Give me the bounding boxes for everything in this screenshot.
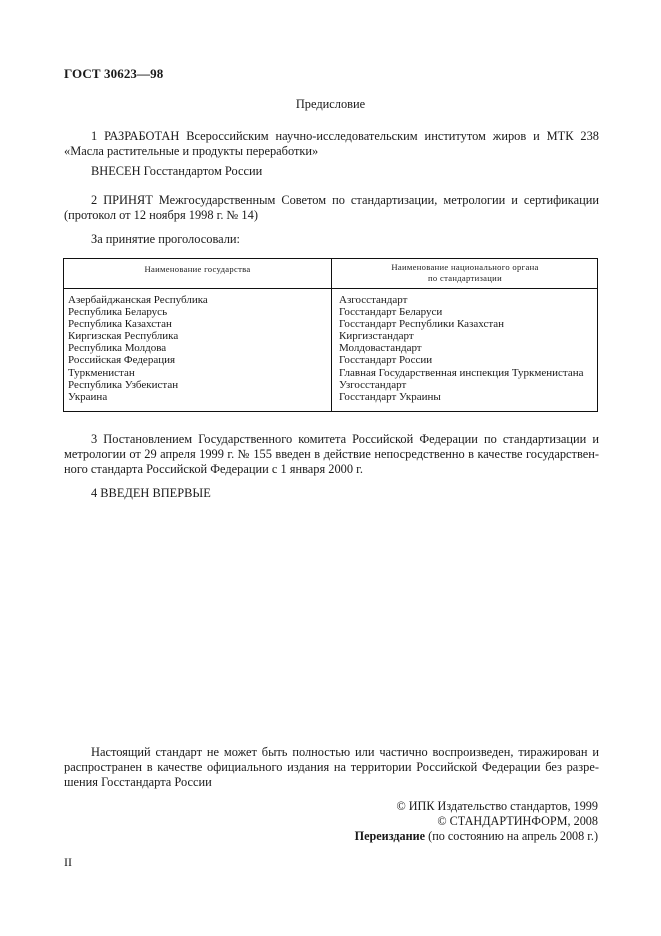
table-cell-body: Узгосстандарт xyxy=(339,379,584,391)
table-cell-state: Киргизская Республика xyxy=(68,330,208,342)
table-cell-body: Киргизстандарт xyxy=(339,330,584,342)
table-cell-body: Молдовастандарт xyxy=(339,342,584,354)
table-header-state: Наименование государства xyxy=(64,264,331,275)
table-cell-state: Республика Казахстан xyxy=(68,318,208,330)
table-cell-state: Азербайджанская Республика xyxy=(68,294,208,306)
table-header-body-line: по стандартизации xyxy=(332,273,598,284)
copyright-line: © СТАНДАРТИНФОРМ, 2008 xyxy=(355,814,598,829)
paragraph-line: 1 РАЗРАБОТАН Всероссийским научно-исслед… xyxy=(64,129,599,144)
table-header-body-line: Наименование национального органа xyxy=(332,262,598,273)
table-cell-state: Республика Беларусь xyxy=(68,306,208,318)
paragraph-adopted: 2 ПРИНЯТ Межгосударственным Советом по с… xyxy=(64,193,599,223)
paragraph-line: Настоящий стандарт не может быть полност… xyxy=(64,745,599,760)
paragraph-developed: 1 РАЗРАБОТАН Всероссийским научно-исслед… xyxy=(64,129,599,159)
paragraph-line: 3 Постановлением Государственного комите… xyxy=(64,432,599,447)
table-column-bodies: Азгосстандарт Госстандарт Беларуси Госст… xyxy=(339,294,584,403)
paragraph-line: (протокол от 12 ноября 1998 г. № 14) xyxy=(64,208,599,223)
table-cell-body: Госстандарт Украины xyxy=(339,391,584,403)
paragraph-line: метрологии от 29 апреля 1999 г. № 155 вв… xyxy=(64,447,599,462)
section-title: Предисловие xyxy=(0,97,661,112)
paragraph-line: ВНЕСЕН Госстандартом России xyxy=(64,164,599,179)
document-code: ГОСТ 30623—98 xyxy=(64,66,163,82)
reissue-line: Переиздание (по состоянию на апрель 2008… xyxy=(355,829,598,844)
table-cell-body: Госстандарт России xyxy=(339,354,584,366)
paragraph-line: За принятие проголосовали: xyxy=(64,232,599,247)
paragraph-introduced: 4 ВВЕДЕН ВПЕРВЫЕ xyxy=(64,486,599,501)
table-cell-state: Туркменистан xyxy=(68,367,208,379)
paragraph-voted: За принятие проголосовали: xyxy=(64,232,599,247)
table-cell-body: Азгосстандарт xyxy=(339,294,584,306)
paragraph-line: ного стандарта Российской Федерации с 1 … xyxy=(64,462,599,477)
copyright-block: © ИПК Издательство стандартов, 1999 © СТ… xyxy=(355,799,598,844)
reissue-date: (по состоянию на апрель 2008 г.) xyxy=(425,829,598,843)
paragraph-line: шения Госстандарта России xyxy=(64,775,599,790)
page-number: II xyxy=(64,855,72,870)
copyright-line: © ИПК Издательство стандартов, 1999 xyxy=(355,799,598,814)
reissue-label: Переиздание xyxy=(355,829,426,843)
table-cell-body: Госстандарт Республики Казахстан xyxy=(339,318,584,330)
table-cell-state: Республика Узбекистан xyxy=(68,379,208,391)
table-column-states: Азербайджанская Республика Республика Бе… xyxy=(68,294,208,403)
table-header-body: Наименование национального органа по ста… xyxy=(332,262,598,284)
table-cell-state: Республика Молдова xyxy=(68,342,208,354)
paragraph-resolution: 3 Постановлением Государственного комите… xyxy=(64,432,599,477)
paragraph-line: распространен в качестве официального из… xyxy=(64,760,599,775)
paragraph-submitted: ВНЕСЕН Госстандартом России xyxy=(64,164,599,179)
table-cell-state: Украина xyxy=(68,391,208,403)
paragraph-line: 4 ВВЕДЕН ВПЕРВЫЕ xyxy=(64,486,599,501)
table-cell-body: Главная Государственная инспекция Туркме… xyxy=(339,367,584,379)
table-cell-body: Госстандарт Беларуси xyxy=(339,306,584,318)
paragraph-line: «Масла растительные и продукты переработ… xyxy=(64,144,599,159)
paragraph-line: 2 ПРИНЯТ Межгосударственным Советом по с… xyxy=(64,193,599,208)
table-header-divider xyxy=(64,288,597,289)
table-cell-state: Российская Федерация xyxy=(68,354,208,366)
copyright-notice: Настоящий стандарт не может быть полност… xyxy=(64,745,599,790)
voting-table: Наименование государства Наименование на… xyxy=(63,258,598,412)
